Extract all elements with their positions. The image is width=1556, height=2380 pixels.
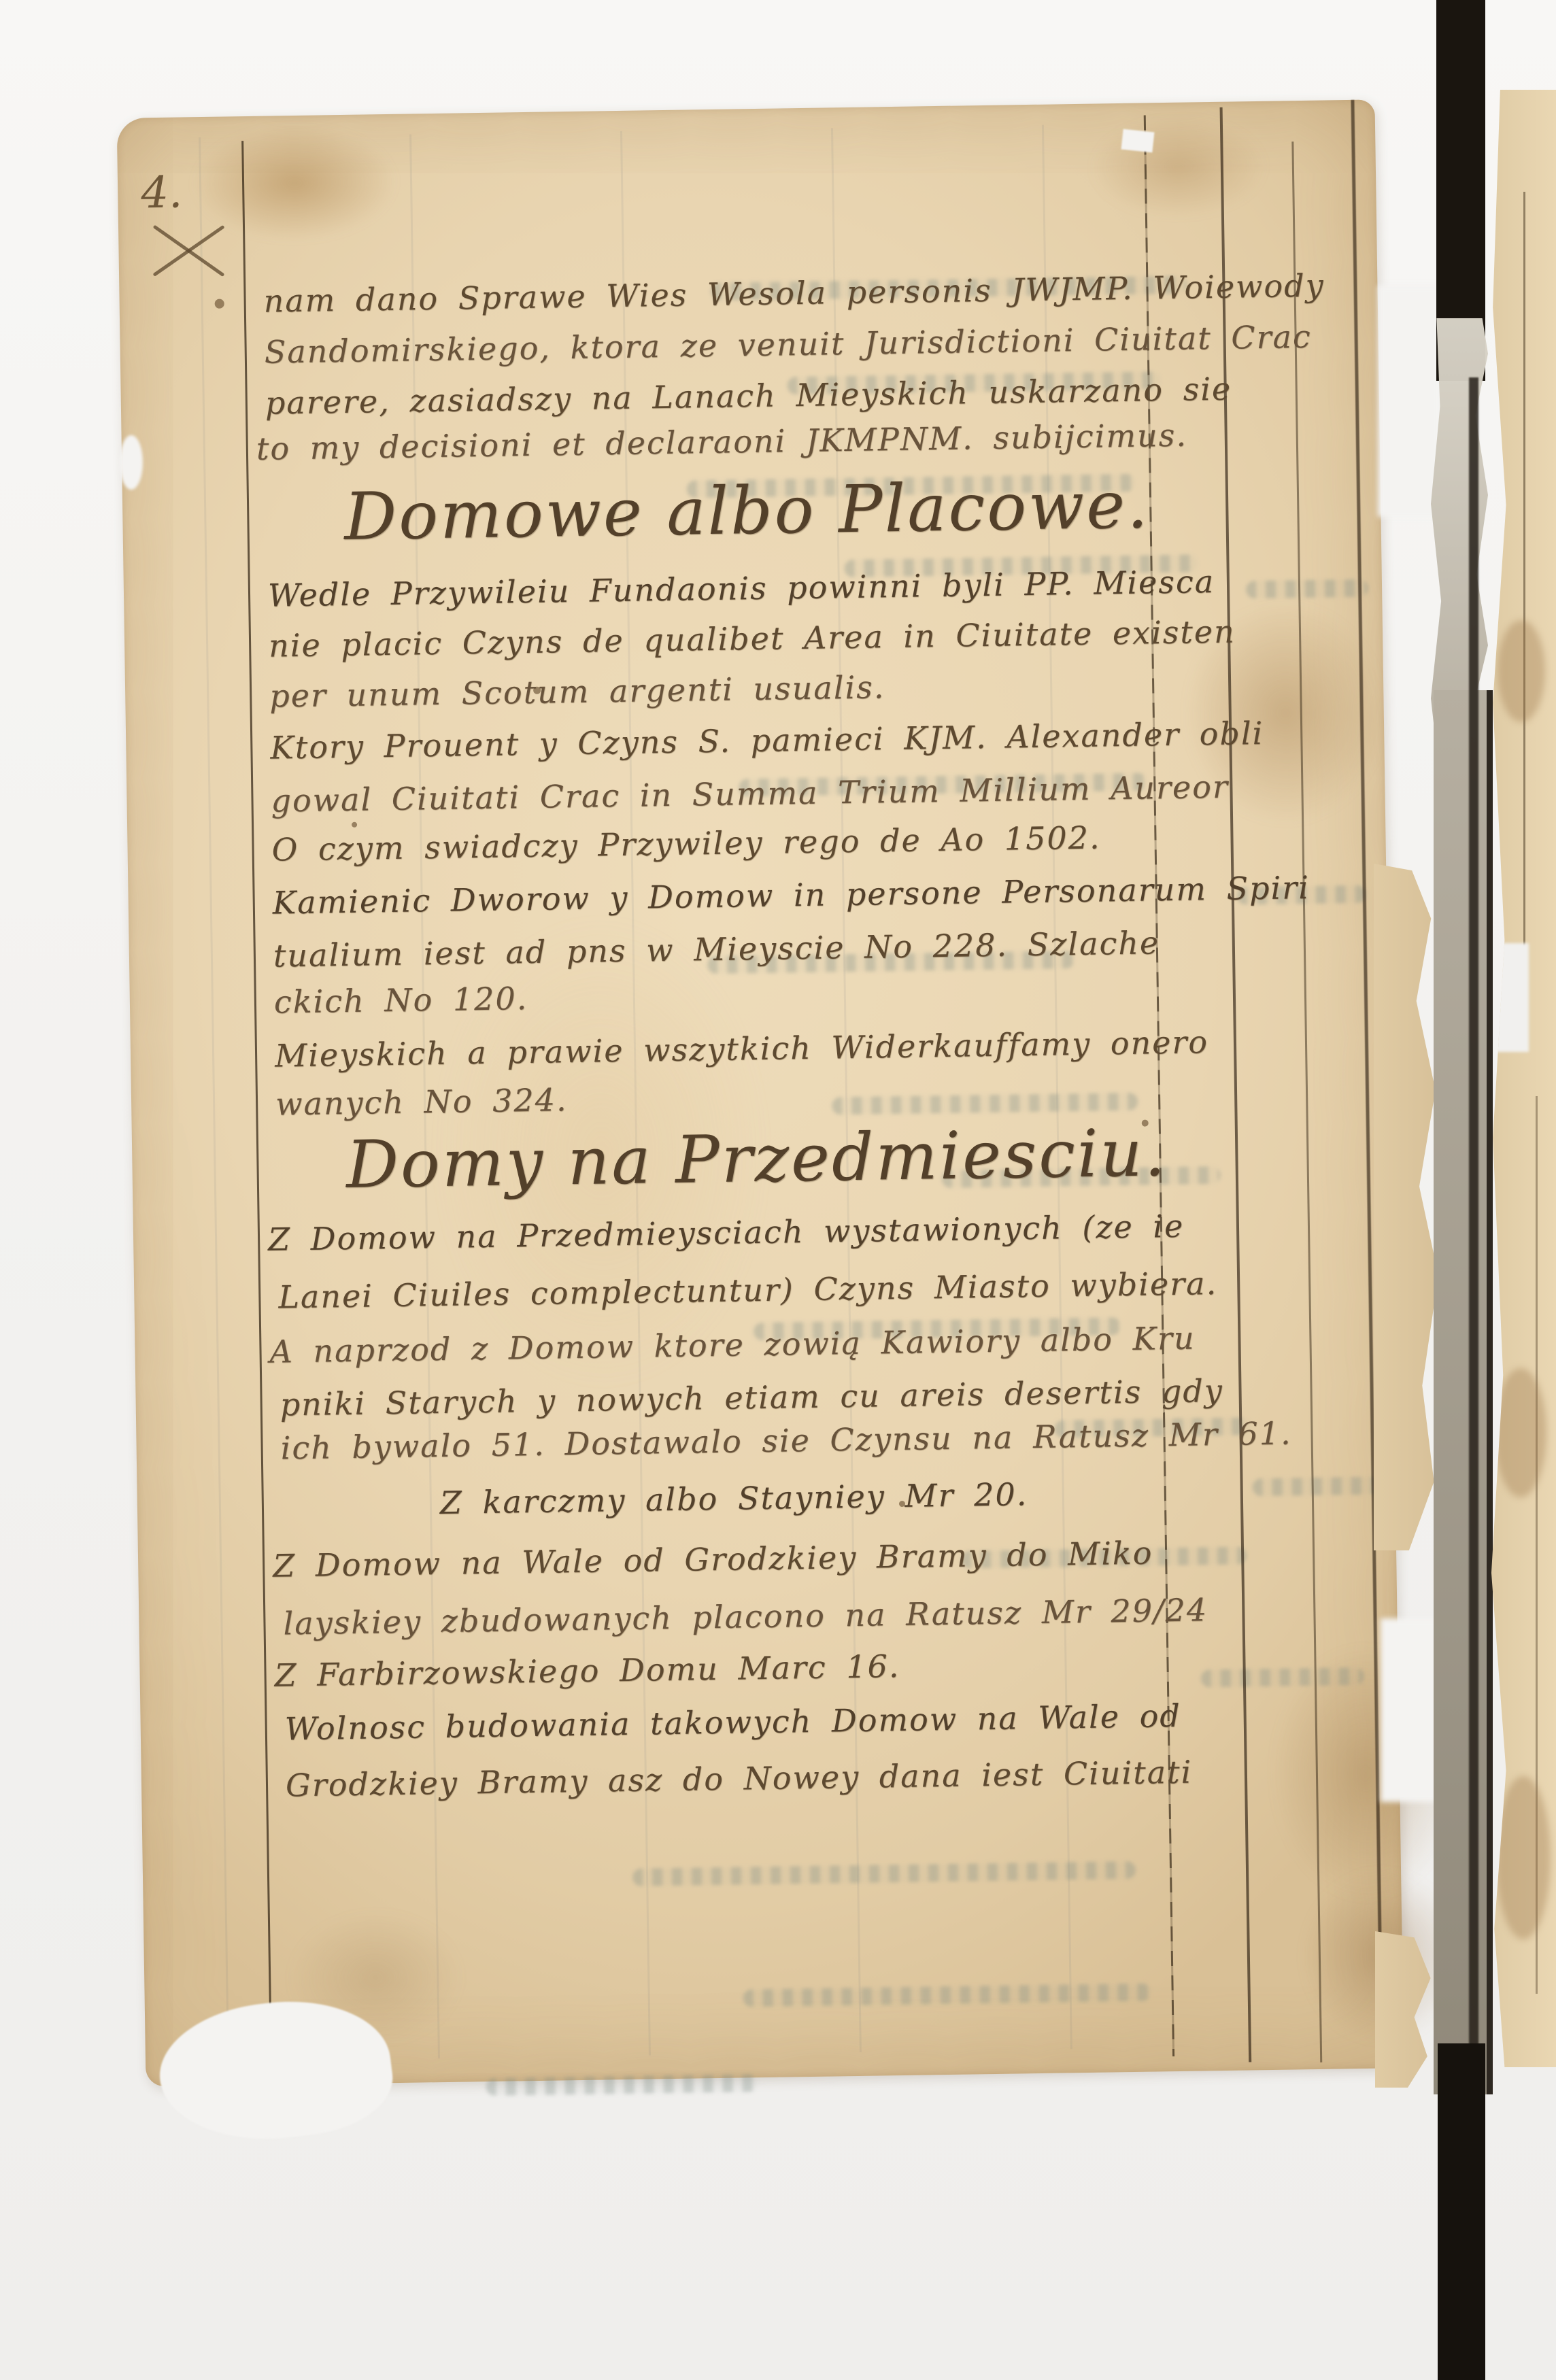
stain bbox=[1496, 1776, 1551, 1939]
manuscript-text-line: Grodzkiey Bramy asz do Nowey dana iest C… bbox=[286, 1754, 1193, 1804]
bleedthrough-mark bbox=[832, 1093, 1138, 1115]
stain bbox=[192, 124, 397, 242]
bleedthrough-mark bbox=[486, 2074, 758, 2096]
bleedthrough-mark bbox=[1246, 579, 1368, 599]
manuscript-text-line: Z karczmy albo Stayniey Mr 20. bbox=[439, 1476, 1028, 1521]
margin-rule bbox=[1523, 192, 1525, 974]
stain bbox=[1495, 1368, 1546, 1497]
page-number-annotation: 4. bbox=[141, 167, 183, 218]
section-heading: Domy na Przedmiesciu. bbox=[276, 1114, 1238, 1204]
manuscript-text-line: parere, zasiadszy na Lanach Mieyskich us… bbox=[265, 371, 1232, 422]
page-number: 4. bbox=[141, 167, 183, 218]
manuscript-text-line: gowal Ciuitati Crac in Summa Trium Milli… bbox=[271, 768, 1229, 819]
binding-tape bbox=[1434, 690, 1493, 2094]
manuscript-text-line: Z Farbirzowskiego Domu Marc 16. bbox=[274, 1648, 900, 1694]
torn-paper-patch bbox=[1381, 1618, 1438, 1802]
binding-seam bbox=[1469, 377, 1478, 2050]
manuscript-text-line: A naprzod z Domow ktore zowią Kawiory al… bbox=[269, 1320, 1196, 1370]
manuscript-text-line: Lanei Ciuiles complectuntur) Czyns Miast… bbox=[278, 1265, 1218, 1315]
manuscript-text-line: Kamienic Dworow y Domow in persone Perso… bbox=[272, 869, 1310, 921]
ink-speck bbox=[352, 822, 357, 828]
manuscript-text-line: O czym swiadczy Przywiley rego de Ao 150… bbox=[271, 819, 1101, 868]
manuscript-text-line: ckich No 120. bbox=[274, 980, 528, 1021]
manuscript-text-line: nie placic Czyns de qualibet Area in Ciu… bbox=[269, 613, 1236, 664]
manuscript-text-line: nam dano Sprawe Wies Wesola personis JWJ… bbox=[263, 267, 1325, 320]
paper-chain-line bbox=[199, 137, 229, 2062]
stain bbox=[1498, 620, 1545, 722]
manuscript-text-line: Sandomirskiego, ktora ze venuit Jurisdic… bbox=[264, 318, 1312, 371]
ink-speck bbox=[215, 299, 224, 309]
torn-paper-patch bbox=[120, 435, 143, 490]
manuscript-text-line: pniki Starych y nowych etiam cu areis de… bbox=[280, 1372, 1223, 1423]
manuscript-text-line: per unum Scotum argenti usualis. bbox=[269, 668, 885, 714]
binding-strip bbox=[1438, 2043, 1485, 2380]
manuscript-text-line: layskiey zbudowanych placono na Ratusz M… bbox=[283, 1591, 1208, 1642]
manuscript-text-line: Mieyskich a prawie wszytkich Widerkauffa… bbox=[275, 1023, 1209, 1074]
stain bbox=[1089, 115, 1268, 220]
bleedthrough-mark bbox=[1201, 1667, 1364, 1688]
torn-paper-patch bbox=[1121, 129, 1155, 153]
section-heading: Domowe albo Placowe. bbox=[267, 466, 1228, 556]
bleedthrough-mark bbox=[632, 1861, 1136, 1886]
manuscript-text-line: Z Domow na Przedmieysciach wystawionych … bbox=[268, 1208, 1185, 1258]
manuscript-text-line: Wedle Przywileiu Fundaonis powinni byli … bbox=[268, 563, 1215, 614]
manuscript-text-line: wanych No 324. bbox=[275, 1081, 568, 1122]
torn-paper-patch bbox=[1378, 286, 1440, 517]
manuscript-page: 4. nam dano Sprawe Wies Wesola personis … bbox=[117, 99, 1404, 2086]
manuscript-text-line: Z Domow na Wale od Grodzkiey Bramy do Mi… bbox=[273, 1535, 1153, 1584]
adjacent-page-edge bbox=[1483, 90, 1556, 2067]
bleedthrough-mark bbox=[1252, 1477, 1381, 1497]
bleedthrough-mark bbox=[743, 1984, 1151, 2007]
manuscript-text-line: Wolnosc budowania takowych Domow na Wale… bbox=[284, 1697, 1181, 1748]
document-scan: 4. nam dano Sprawe Wies Wesola personis … bbox=[0, 0, 1556, 2380]
manuscript-text-line: ich bywalo 51. Dostawalo sie Czynsu na R… bbox=[280, 1414, 1292, 1466]
